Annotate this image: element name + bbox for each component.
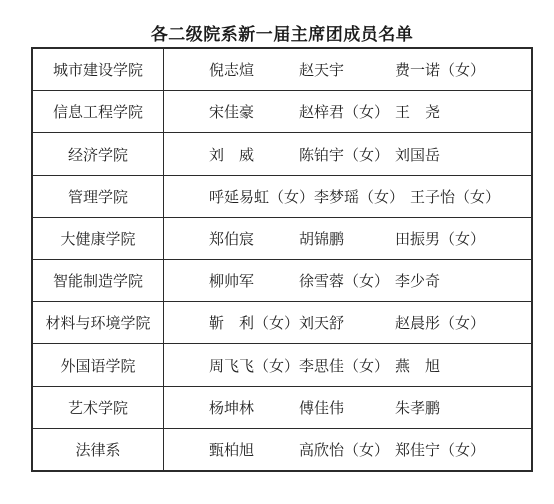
member-name: 李梦瑶（女）: [314, 186, 410, 207]
member-name: 刘天舒: [299, 312, 395, 333]
member-name: 傅佳伟: [299, 397, 395, 418]
page-title: 各二级院系新一届主席团成员名单: [31, 20, 533, 45]
member-name: 宋佳豪: [209, 101, 299, 122]
member-name: 田振男（女）: [395, 228, 485, 249]
table-row: 信息工程学院 宋佳豪赵梓君（女）王 尧: [33, 90, 531, 132]
member-name: 李少奇: [395, 270, 440, 291]
members-cell: 宋佳豪赵梓君（女）王 尧: [164, 91, 531, 132]
member-name: 赵天宇: [299, 59, 395, 80]
table-row: 材料与环境学院 靳 利（女）刘天舒赵晨彤（女）: [33, 301, 531, 343]
member-name: 王子怡（女）: [410, 186, 500, 207]
table-row: 艺术学院 杨坤林傅佳伟朱孝鹏: [33, 386, 531, 428]
members-cell: 郑伯宸胡锦鹏田振男（女）: [164, 218, 531, 259]
member-name: 陈铂宇（女）: [299, 144, 395, 165]
member-name: 柳帅军: [209, 270, 299, 291]
college-name-cell: 城市建设学院: [33, 49, 164, 90]
member-name: 朱孝鹏: [395, 397, 440, 418]
college-name-cell: 法律系: [33, 429, 164, 470]
table-row: 外国语学院 周飞飞（女）李思佳（女）燕 旭: [33, 343, 531, 385]
members-cell: 刘 威陈铂宇（女）刘国岳: [164, 133, 531, 174]
member-name: 甄柏旭: [209, 439, 299, 460]
member-name: 高欣怡（女）: [299, 439, 395, 460]
table-row: 城市建设学院 倪志煊赵天宇费一诺（女）: [33, 49, 531, 90]
college-name-cell: 经济学院: [33, 133, 164, 174]
members-cell: 呼延易虹（女）李梦瑶（女）王子怡（女）: [164, 176, 531, 217]
member-name: 呼延易虹（女）: [209, 186, 314, 207]
member-name: 胡锦鹏: [299, 228, 395, 249]
members-cell: 倪志煊赵天宇费一诺（女）: [164, 49, 531, 90]
member-name: 赵晨彤（女）: [395, 312, 485, 333]
member-name: 刘 威: [209, 144, 299, 165]
members-cell: 靳 利（女）刘天舒赵晨彤（女）: [164, 302, 531, 343]
table-row: 大健康学院 郑伯宸胡锦鹏田振男（女）: [33, 217, 531, 259]
college-name-cell: 外国语学院: [33, 344, 164, 385]
college-name-cell: 管理学院: [33, 176, 164, 217]
college-name-cell: 艺术学院: [33, 387, 164, 428]
member-name: 郑伯宸: [209, 228, 299, 249]
member-name: 赵梓君（女）: [299, 101, 395, 122]
member-name: 靳 利（女）: [209, 312, 299, 333]
members-cell: 杨坤林傅佳伟朱孝鹏: [164, 387, 531, 428]
members-cell: 甄柏旭高欣怡（女）郑佳宁（女）: [164, 429, 531, 470]
member-name: 郑佳宁（女）: [395, 439, 485, 460]
member-name: 杨坤林: [209, 397, 299, 418]
member-name: 燕 旭: [395, 355, 440, 376]
college-name-cell: 材料与环境学院: [33, 302, 164, 343]
member-name: 李思佳（女）: [299, 355, 395, 376]
member-name: 徐雪蓉（女）: [299, 270, 395, 291]
college-name-cell: 智能制造学院: [33, 260, 164, 301]
members-table: 城市建设学院 倪志煊赵天宇费一诺（女） 信息工程学院 宋佳豪赵梓君（女）王 尧 …: [31, 47, 533, 472]
member-name: 周飞飞（女）: [209, 355, 299, 376]
table-row: 法律系 甄柏旭高欣怡（女）郑佳宁（女）: [33, 428, 531, 470]
table-row: 智能制造学院 柳帅军徐雪蓉（女）李少奇: [33, 259, 531, 301]
table-row: 经济学院 刘 威陈铂宇（女）刘国岳: [33, 132, 531, 174]
members-cell: 周飞飞（女）李思佳（女）燕 旭: [164, 344, 531, 385]
table-row: 管理学院 呼延易虹（女）李梦瑶（女）王子怡（女）: [33, 175, 531, 217]
member-name: 王 尧: [395, 101, 440, 122]
members-cell: 柳帅军徐雪蓉（女）李少奇: [164, 260, 531, 301]
member-name: 费一诺（女）: [395, 59, 485, 80]
college-name-cell: 大健康学院: [33, 218, 164, 259]
member-name: 刘国岳: [395, 144, 440, 165]
college-name-cell: 信息工程学院: [33, 91, 164, 132]
member-name: 倪志煊: [209, 59, 299, 80]
